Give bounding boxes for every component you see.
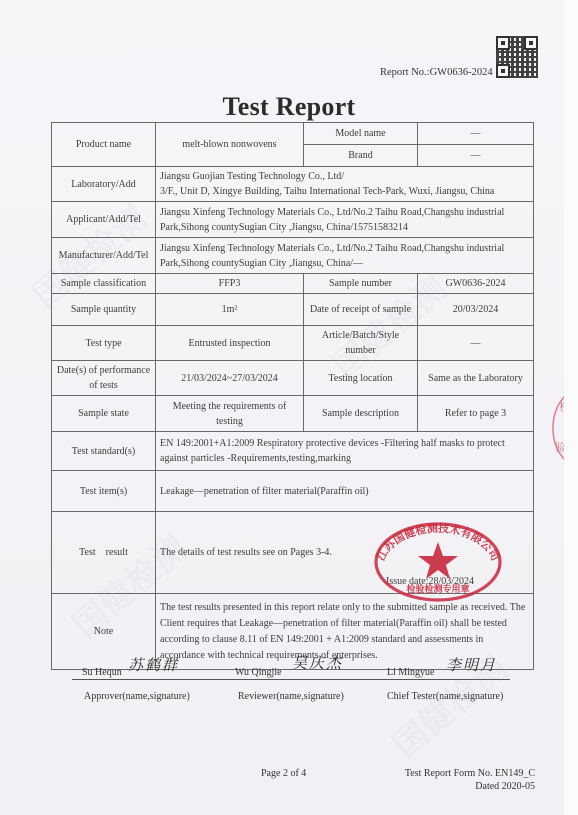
report-table: Product name melt-blown nonwovens Model …: [51, 122, 534, 670]
test-standard-value: EN 149:2001+A1:2009 Respiratory protecti…: [156, 432, 534, 471]
approver-signature: 苏鹤群: [128, 654, 179, 675]
laboratory-line-2: 3/F., Unit D, Xingye Building, Taihu Int…: [160, 184, 529, 199]
chief-tester-name: Li Mingyue: [387, 667, 435, 678]
test-items-value: Leakage—penetration of filter material(P…: [156, 471, 534, 512]
model-name-label: Model name: [304, 123, 418, 145]
test-standard-label: Test standard(s): [52, 432, 156, 471]
applicant-label: Applicant/Add/Tel: [52, 202, 156, 238]
laboratory-line-1: Jiangsu Guojian Testing Technology Co., …: [160, 169, 529, 184]
sample-quantity-label: Sample quantity: [52, 294, 156, 326]
test-result-label: Test result: [52, 512, 156, 594]
article-label: Article/Batch/Style number: [304, 326, 418, 361]
product-name-label: Product name: [52, 123, 156, 167]
report-number: Report No.:GW0636-2024: [380, 67, 493, 78]
sample-number-value: GW0636-2024: [418, 274, 534, 294]
reviewer-role: Reviewer(name,signature): [238, 691, 344, 702]
brand-label: Brand: [304, 145, 418, 167]
laboratory-label: Laboratory/Add: [52, 167, 156, 202]
laboratory-value: Jiangsu Guojian Testing Technology Co., …: [156, 167, 534, 202]
manufacturer-label: Manufacturer/Add/Tel: [52, 238, 156, 274]
chief-tester-role: Chief Tester(name,signature): [387, 691, 503, 702]
sample-description-value: Refer to page 3: [418, 396, 534, 432]
dates-performance-label: Date(s) of performance of tests: [52, 361, 156, 396]
form-dated: Dated 2020-05: [475, 781, 535, 792]
sample-state-value: Meeting the requirements of testing: [156, 396, 304, 432]
brand-value: —: [418, 145, 534, 167]
testing-location-value: Same as the Laboratory: [418, 361, 534, 396]
page-edge: [564, 0, 578, 815]
sample-classification-value: FFP3: [156, 274, 304, 294]
manufacturer-value: Jiangsu Xinfeng Technology Materials Co.…: [156, 238, 534, 274]
date-receipt-label: Date of receipt of sample: [304, 294, 418, 326]
article-value: —: [418, 326, 534, 361]
dates-performance-value: 21/03/2024~27/03/2024: [156, 361, 304, 396]
applicant-value: Jiangsu Xinfeng Technology Materials Co.…: [156, 202, 534, 238]
test-items-label: Test item(s): [52, 471, 156, 512]
chief-tester-signature: 李明月: [446, 654, 497, 675]
report-page: 国健检测 国健检测 国健检测 国健检测 Report No.:GW0636-20…: [0, 0, 578, 815]
reviewer-signature: 吴庆杰: [292, 652, 343, 673]
approver-name: Su Hequn: [82, 667, 122, 678]
testing-location-label: Testing location: [304, 361, 418, 396]
page-title: Test Report: [0, 92, 578, 122]
approver-role: Approver(name,signature): [84, 691, 190, 702]
issue-date: Issue date:28/03/2024: [386, 574, 474, 589]
test-type-value: Entrusted inspection: [156, 326, 304, 361]
sample-state-label: Sample state: [52, 396, 156, 432]
sample-description-label: Sample description: [304, 396, 418, 432]
product-name-value: melt-blown nonwovens: [156, 123, 304, 167]
test-type-label: Test type: [52, 326, 156, 361]
test-result-value: The details of test results see on Pages…: [156, 512, 534, 594]
model-name-value: —: [418, 123, 534, 145]
page-number: Page 2 of 4: [261, 768, 306, 779]
qr-code-icon: [496, 36, 538, 78]
reviewer-name: Wu Qingjie: [235, 667, 282, 678]
test-result-text: The details of test results see on Pages…: [160, 547, 332, 558]
form-number: Test Report Form No. EN149_C: [405, 768, 535, 779]
sample-classification-label: Sample classification: [52, 274, 156, 294]
sample-quantity-value: 1m²: [156, 294, 304, 326]
sample-number-label: Sample number: [304, 274, 418, 294]
signature-line: [72, 679, 510, 680]
date-receipt-value: 20/03/2024: [418, 294, 534, 326]
